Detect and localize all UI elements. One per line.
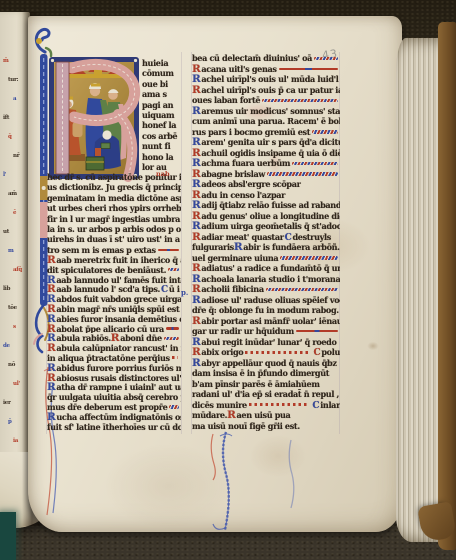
text-run: adeos absl'ergre scōpar bbox=[201, 179, 300, 189]
edge-text-fragment: a bbox=[13, 96, 16, 102]
text-run: adij q̄tiabz relāo fuisse ad rabandū bbox=[201, 200, 340, 210]
edge-text-fragment: ul' bbox=[13, 381, 20, 387]
text-line: cos arbē bbox=[142, 131, 182, 141]
text-line: Rabir portar asi mānfr̄ uolar' iēnaui bbox=[192, 316, 340, 327]
line-filler-ornament bbox=[169, 405, 179, 409]
text-run: achuil ogidis insipame q̄ uia ō diē s. bbox=[201, 148, 340, 158]
text-run: dam insisa ē in p̄fundo dimergūt bbox=[192, 368, 329, 378]
text-line: nunt fi bbox=[142, 141, 182, 151]
text-line: uiquam bbox=[142, 110, 182, 120]
line-filler-ornament bbox=[172, 356, 178, 359]
text-run: abula rabiōs. bbox=[56, 333, 110, 343]
edge-text-fragment: ift bbox=[3, 115, 9, 121]
text-line: Racana uitl's genas bbox=[192, 64, 340, 75]
text-line: Radu genus' oliue a longitudine dict̄ bbox=[192, 211, 340, 222]
text-run: ma uisū nouī figē gr̄ii est. bbox=[192, 421, 300, 431]
colored-initial: R bbox=[192, 274, 201, 285]
colored-initial: R bbox=[192, 74, 201, 85]
paraph-mark: C bbox=[311, 401, 320, 411]
text-line: oue bi bbox=[142, 79, 182, 89]
edge-text-fragment: nr̄ bbox=[13, 153, 19, 159]
marginal-gloss-red: nab bbox=[156, 170, 169, 178]
column-left-full-width: hec dr̄ s. cū aspiratōne ponitur in lamu… bbox=[47, 172, 181, 255]
text-line: q̄r uulgata uiuitia absq̄ cerebro possa bbox=[47, 392, 181, 402]
edge-text-fragment: lib bbox=[3, 286, 10, 292]
text-run: dit spiculatores de beniāust. bbox=[47, 265, 166, 275]
colored-initial: R bbox=[192, 179, 201, 190]
text-run: adu genus' oliue a longitudine dict̄ bbox=[201, 211, 340, 221]
text-line: Rabui regit inūdar' lunar' q̄ roedo bbox=[192, 337, 340, 348]
text-line: Rabidus furore porrius furiōs mat' fla bbox=[47, 363, 181, 373]
text-line: Rarem' genita uir s pars q̄d'a dicitur bbox=[192, 137, 340, 148]
colored-initial: R bbox=[192, 232, 201, 243]
text-run: honef la bbox=[142, 120, 176, 130]
text-run: mus dr̄e deberum est propr̄e bbox=[47, 402, 167, 412]
colored-initial: R bbox=[192, 200, 201, 211]
text-run: abies furor insania demētius cū spū bbox=[56, 314, 181, 324]
edge-text-fragment: p̄ bbox=[8, 419, 12, 425]
text-run: ucha affectūm indignatōnis ostēdit bbox=[56, 412, 181, 422]
text-run: fulguraris bbox=[192, 242, 234, 252]
text-line: Radiar meat' quastarCdestruyls bbox=[192, 232, 340, 243]
text-line: rus pars i bocmo gremiū est bbox=[192, 127, 340, 138]
paraph-mark: C bbox=[180, 354, 181, 363]
book-fore-edge bbox=[396, 38, 442, 542]
text-run: pagi an bbox=[142, 100, 173, 110]
line-filler-ornament bbox=[280, 256, 338, 260]
text-line: Rachel uirīpl's ouis p̄ ca ur patur iaco… bbox=[192, 85, 340, 96]
colored-initial: R bbox=[192, 190, 201, 201]
text-run: b'am pīnsir parēs ē āmiahūem bbox=[192, 379, 320, 389]
text-run: abir portar asi mānfr̄ uolar' iēnaui bbox=[201, 316, 340, 326]
marginal-gloss-blue: p. bbox=[181, 288, 188, 297]
text-line: Radiatus' a radice a fundam̄tō q̄ uno bbox=[192, 263, 340, 274]
text-line: Racholii fibicina bbox=[192, 284, 340, 295]
text-line: b'am pīnsir parēs ē āmiahūem bbox=[192, 379, 340, 390]
text-line: ut urbes cheri rhos ypirs orrhebs. Tam bbox=[47, 203, 181, 213]
text-run: abir is fundāera arbōñ. bbox=[243, 242, 339, 252]
edge-text-fragment: nō bbox=[8, 362, 15, 368]
text-line: Raab meretrix fuit in iherico q̄ abdōs bbox=[47, 255, 181, 265]
edge-text-fragment: s bbox=[13, 324, 16, 330]
text-line: Rabula calūpniator rancust' in mal' bbox=[47, 343, 181, 353]
colored-initial: R bbox=[47, 255, 56, 265]
text-run: adu in censo l'azpar bbox=[201, 190, 285, 200]
line-filler-ornament bbox=[267, 172, 338, 176]
text-run: abidus furore porrius furiōs mat' fla bbox=[56, 363, 181, 373]
historiated-initial-R bbox=[48, 56, 140, 180]
colored-initial: R bbox=[192, 347, 201, 358]
edge-text-fragment: m̄ bbox=[3, 58, 9, 64]
edge-text-fragment: m bbox=[8, 248, 14, 254]
text-run: nunt fi bbox=[142, 141, 170, 151]
text-line: oues laban fortē bbox=[192, 95, 340, 106]
column-left-beside-initial: huieiacōmumoue biama spagi anuiquamhonef… bbox=[142, 58, 182, 172]
text-line: cum animī una parua. Racem' ē bolo bbox=[192, 116, 340, 127]
text-run: acana uitl's genas bbox=[201, 64, 276, 74]
colored-initial: R bbox=[192, 337, 201, 348]
text-run: abyr appellāur quod q̄ nauis q̄bz bbox=[201, 358, 336, 368]
text-line: Rachel uirīpl's ouis ul' mūda luid'l ōm. bbox=[192, 74, 340, 85]
text-line: Rachoala lanaria studio i t'morana bbox=[192, 274, 340, 285]
colored-initial: R bbox=[111, 333, 120, 343]
colored-initial: R bbox=[47, 412, 56, 422]
colored-initial: R bbox=[47, 382, 56, 392]
paraph-mark: C bbox=[160, 285, 169, 294]
text-line: Rabolat p̄pe alicario cū ura bbox=[47, 324, 181, 334]
column-left-entries: Raab meretrix fuit in iherico q̄ abdōsdi… bbox=[47, 255, 181, 431]
colored-initial: R bbox=[47, 324, 56, 334]
text-run: achoala lanaria studio i t'morana bbox=[201, 274, 340, 284]
text-run: abix origo bbox=[201, 347, 243, 357]
edge-text-fragment: ia bbox=[13, 438, 18, 444]
text-run: adiatus' a radice a fundam̄tō q̄ uno bbox=[201, 263, 340, 273]
colored-initial: R bbox=[192, 158, 201, 169]
text-line: Radiose ul' raduse oliuas spēief vocō bbox=[192, 295, 340, 306]
text-run: adium uirga geom̄etalis q̄ st'adoo bbox=[201, 221, 340, 231]
teal-cloth-patch bbox=[0, 512, 16, 560]
text-line: ama s bbox=[142, 89, 182, 99]
text-line: Rabdos fuit vabdon grece uirga bbox=[47, 294, 181, 304]
text-line: Radeos absl'ergre scōpar bbox=[192, 179, 340, 190]
text-run: us dictionibz. Ju grecis q̄ principalis … bbox=[47, 182, 181, 192]
text-run: atha dr̄ rampne i uiainl' aut uanius bbox=[56, 382, 181, 392]
text-run: in aliqua p̄tractatōne perq̄ius bbox=[47, 353, 170, 363]
text-line: mūdare.Raen uisū pua bbox=[192, 410, 340, 421]
text-line: Radium uirga geom̄etalis q̄ st'adoo bbox=[192, 221, 340, 232]
colored-initial: R bbox=[192, 64, 201, 75]
text-line: Rabagne brislaw bbox=[192, 169, 340, 180]
colored-initial: R bbox=[47, 304, 56, 314]
text-run: ut urbes cheri rhos ypirs orrhebs. Tam bbox=[47, 203, 181, 213]
text-run: achel uirīpl's ouis p̄ ca ur patur iacob bbox=[201, 85, 340, 95]
text-line: fir in l ur magr̄ ingestias umbra umbel bbox=[47, 214, 181, 224]
line-filler-ornament bbox=[158, 249, 179, 251]
colored-initial: R bbox=[47, 373, 56, 383]
text-line: dicēs munireCinlar bbox=[192, 400, 340, 411]
text-line: Rabiosus rusais distinctores ul' impetu bbox=[47, 373, 181, 383]
manuscript-photo: m̄tur:aiftq̄nr̄l'am̄ēutmafq̄libtōesdenōu… bbox=[0, 0, 456, 560]
edge-text-fragment: am̄ bbox=[8, 191, 17, 197]
text-run: cos arbē bbox=[142, 131, 177, 141]
book-cover-edge bbox=[438, 22, 456, 550]
foliate-terminal bbox=[36, 306, 43, 352]
text-run: q̄r uulgata uiuitia absq̄ cerebro possa bbox=[47, 392, 181, 402]
text-line: fuit sf' latine ītherhoīes ur cū dolēm' bbox=[47, 422, 181, 432]
text-line: Rabies furor insania demētius cū spū bbox=[47, 314, 181, 324]
colored-initial: R bbox=[192, 211, 201, 222]
text-run: adiose ul' raduse oliuas spēief vocō bbox=[201, 295, 340, 305]
colored-initial: R bbox=[47, 363, 56, 373]
colored-initial: R bbox=[192, 263, 201, 274]
text-line: Raab lannudo ul' famēs fuit interpetu bbox=[47, 275, 181, 285]
colored-initial: R bbox=[192, 85, 201, 96]
text-run: oues laban fortē bbox=[192, 95, 260, 105]
text-line: Raremus uir modicus' somnus' stalis bbox=[192, 106, 340, 117]
text-run: uiquam bbox=[142, 110, 174, 120]
text-line: tro sem m is emas p extas bbox=[47, 245, 181, 255]
text-run: fir in l ur magr̄ ingestias umbra umbel bbox=[47, 214, 181, 224]
text-run: oue bi bbox=[142, 79, 168, 89]
text-line: Rabyr appellāur quod q̄ nauis q̄bz bbox=[192, 358, 340, 369]
edge-text-fragment: ē bbox=[13, 210, 16, 216]
text-run: abagne brislaw bbox=[201, 169, 265, 179]
text-run: la in s. ur arbos p arbis odos p odor ui… bbox=[47, 224, 181, 234]
text-line: Rucha affectūm indignatōnis ostēdit bbox=[47, 412, 181, 422]
text-run: ū i pietat' bbox=[169, 284, 181, 294]
line-filler-ornament bbox=[312, 130, 338, 134]
text-line: Rabula rabiōs.Raboni dn̄e bbox=[47, 333, 181, 343]
text-run: destruyls bbox=[292, 232, 330, 242]
edge-text-fragment: l' bbox=[3, 172, 6, 178]
colored-initial: R bbox=[47, 314, 56, 324]
edge-text-fragment: de bbox=[3, 343, 10, 349]
line-filler-ornament bbox=[168, 268, 179, 272]
text-run: aab meretrix fuit in iherico q̄ abdōs bbox=[56, 255, 181, 265]
text-run: abula calūpniator rancust' in mal' bbox=[56, 343, 181, 353]
colored-initial: R bbox=[192, 284, 201, 295]
pen-flourish-center bbox=[204, 432, 238, 534]
text-run: cōmum bbox=[142, 68, 174, 78]
text-run: cum animī una parua. Racem' ē bolo bbox=[192, 116, 340, 126]
text-line: honef la bbox=[142, 120, 182, 130]
text-line: dam insisa ē in p̄fundo dimergūt bbox=[192, 368, 340, 379]
text-run: adiar meat' quastar bbox=[201, 232, 283, 242]
text-line: Ratha dr̄ rampne i uiainl' aut uanius bbox=[47, 382, 181, 392]
text-line: us dictionibz. Ju grecis q̄ principalis … bbox=[47, 182, 181, 192]
edge-text-fragment: q̄ bbox=[8, 134, 12, 140]
text-run: dr̄e q̄: oblonge fu in modum rabog. bbox=[192, 305, 339, 315]
text-run: fuit sf' latine ītherhoīes ur cū dolēm' bbox=[47, 422, 181, 432]
colored-initial: R bbox=[192, 316, 201, 327]
colored-initial: R bbox=[47, 275, 56, 285]
line-filler-ornament bbox=[164, 337, 179, 341]
text-line: uel germinare uiuna bbox=[192, 253, 340, 264]
text-line: uirehs in duas ī st' uiro ust' in a oson… bbox=[47, 234, 181, 244]
text-run: arem' genita uir s pars q̄d'a dicitur bbox=[201, 137, 340, 147]
colored-initial: R bbox=[192, 148, 201, 159]
text-line: cōmum bbox=[142, 68, 182, 78]
line-filler-ornament bbox=[249, 403, 310, 406]
text-line: hono la bbox=[142, 152, 182, 162]
colored-initial: R bbox=[192, 106, 201, 117]
text-line: fulgurarisRabir is fundāera arbōñ. bbox=[192, 242, 340, 253]
text-run: mūdare. bbox=[192, 410, 227, 420]
column-right: bea cū delectam̄ diuinius' oāRacana uitl… bbox=[192, 53, 340, 431]
text-line: in aliqua p̄tractatōne perq̄iusCauē bbox=[47, 353, 181, 363]
text-line: Raab lannudo l' scd'a tips.Cū i pietat' bbox=[47, 284, 181, 294]
line-filler-ornament bbox=[292, 162, 338, 166]
text-line: pagi an bbox=[142, 100, 182, 110]
text-line: radani ul' d'ia ep̄ si eradat̄ n̄ repul … bbox=[192, 389, 340, 400]
text-run: abin magr̄ nr̄s uniq̄ls spūi est bbox=[56, 304, 179, 314]
text-line: bea cū delectam̄ diuinius' oā bbox=[192, 53, 340, 64]
edge-text-fragment: tur: bbox=[8, 77, 18, 83]
colored-initial: R bbox=[47, 294, 56, 304]
line-filler-ornament bbox=[279, 68, 338, 70]
text-line: geminatam in media dictōne asperatur bbox=[47, 193, 181, 203]
text-run: huieia bbox=[142, 58, 168, 68]
edge-text-fragment: afq̄ bbox=[13, 267, 22, 273]
text-run: abolat p̄pe alicario cū ura bbox=[56, 324, 164, 334]
text-line: ma uisū nouī figē gr̄ii est. bbox=[192, 421, 340, 432]
text-run: rus pars i bocmo gremiū est bbox=[192, 127, 310, 137]
text-line: la in s. ur arbos p arbis odos p odor ui… bbox=[47, 224, 181, 234]
edge-text-fragment: ier bbox=[3, 400, 11, 406]
text-run: ama s bbox=[142, 89, 167, 99]
pen-flourish-right bbox=[284, 440, 298, 510]
line-filler-ornament bbox=[262, 99, 338, 103]
text-run: achel uirīpl's ouis ul' mūda luid'l ōm. bbox=[201, 74, 340, 84]
colored-initial: R bbox=[47, 284, 56, 294]
colored-initial: R bbox=[234, 242, 243, 253]
colored-initial: R bbox=[227, 410, 236, 421]
text-run: abdos fuit vabdon grece uirga bbox=[56, 294, 181, 304]
text-line: Rachma fuara uerbūm bbox=[192, 158, 340, 169]
text-line: mus dr̄e deberum est propr̄e bbox=[47, 402, 181, 412]
text-run: aboni dn̄e bbox=[120, 333, 162, 343]
text-run: aremus uir modicus' somnus' stalis bbox=[201, 106, 340, 116]
text-run: tro sem m is emas p extas bbox=[47, 245, 156, 255]
text-line: Radij q̄tiabz relāo fuisse ad rabandū bbox=[192, 200, 340, 211]
text-run: hono la bbox=[142, 152, 173, 162]
colored-initial: R bbox=[47, 333, 56, 343]
text-run: aab lannudo ul' famēs fuit interpetu bbox=[56, 275, 181, 285]
text-line: Radu in censo l'azpar bbox=[192, 190, 340, 201]
text-run: inlar bbox=[320, 400, 340, 410]
line-filler-ornament bbox=[296, 330, 338, 332]
line-filler-ornament bbox=[166, 327, 179, 329]
text-run: aen uisū pua bbox=[237, 410, 291, 420]
text-run: uirehs in duas ī st' uiro ust' in a oson… bbox=[47, 234, 181, 244]
colored-initial: R bbox=[192, 137, 201, 148]
colored-initial: R bbox=[192, 221, 201, 232]
text-line: dr̄e q̄: oblonge fu in modum rabog. bbox=[192, 305, 340, 316]
text-run: achma fuara uerbūm bbox=[201, 158, 290, 168]
line-filler-ornament bbox=[266, 288, 338, 292]
text-line: Rachuil ogidis insipame q̄ uia ō diē s. bbox=[192, 148, 340, 159]
line-filler-ornament bbox=[314, 57, 338, 61]
colored-initial: R bbox=[192, 295, 201, 306]
text-line: Rabix origoCpolu bbox=[192, 347, 340, 358]
text-run: dicēs munire bbox=[192, 400, 247, 410]
text-run: abui regit inūdar' lunar' q̄ roedo bbox=[201, 337, 336, 347]
text-run: bea cū delectam̄ diuinius' oā bbox=[192, 53, 312, 63]
colored-initial: R bbox=[192, 169, 201, 180]
text-run: radani ul' d'ia ep̄ si eradat̄ n̄ repul … bbox=[192, 389, 339, 399]
text-run: abiosus rusais distinctores ul' impetu bbox=[56, 373, 181, 383]
text-line: Rabin magr̄ nr̄s uniq̄ls spūi est bbox=[47, 304, 181, 314]
edge-text-fragment: tōe bbox=[8, 305, 17, 311]
colored-initial: R bbox=[47, 343, 56, 353]
line-filler-ornament bbox=[245, 351, 310, 354]
text-run: uel germinare uiuna bbox=[192, 253, 278, 263]
text-run: polu bbox=[321, 347, 340, 357]
edge-text-fragment: ut bbox=[3, 229, 9, 235]
text-line: gar ur radir ur hq̄uidum bbox=[192, 326, 340, 337]
text-run: gar ur radir ur hq̄uidum bbox=[192, 326, 294, 336]
text-run: geminatam in media dictōne asperatur bbox=[47, 193, 181, 203]
text-line: huieia bbox=[142, 58, 182, 68]
text-line: dit spiculatores de beniāust. bbox=[47, 265, 181, 275]
text-run: aab lannudo l' scd'a tips. bbox=[56, 284, 160, 294]
text-run: acholii fibicina bbox=[201, 284, 263, 294]
colored-initial: R bbox=[192, 358, 201, 369]
